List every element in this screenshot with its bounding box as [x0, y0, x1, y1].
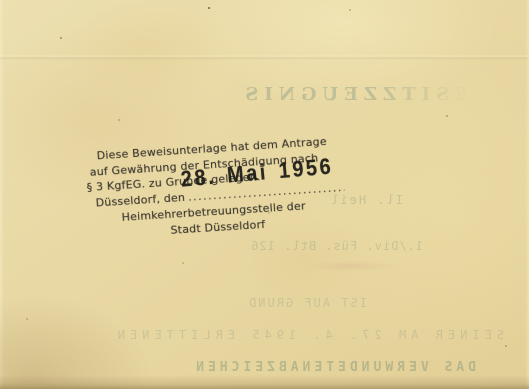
paper-specks	[208, 7, 210, 9]
bleed-through-title: BESITZZEUGNIS	[230, 84, 490, 105]
bleed-through-grund-line: ist auf Grund	[252, 296, 367, 310]
bleed-through-award-line: das Verwundetenabzeichen	[48, 360, 476, 375]
bleed-through-unit-line: 1./Div. Füs. Btl. 126	[248, 239, 423, 253]
bleed-through-date-line: seiner am 27. 4. 1945 erlittenen	[32, 328, 504, 342]
document-scan-back-page: BESITZZEUGNIS Il. Heil 1./Div. Füs. Btl.…	[0, 0, 529, 389]
red-pencil-smudge	[292, 258, 412, 274]
